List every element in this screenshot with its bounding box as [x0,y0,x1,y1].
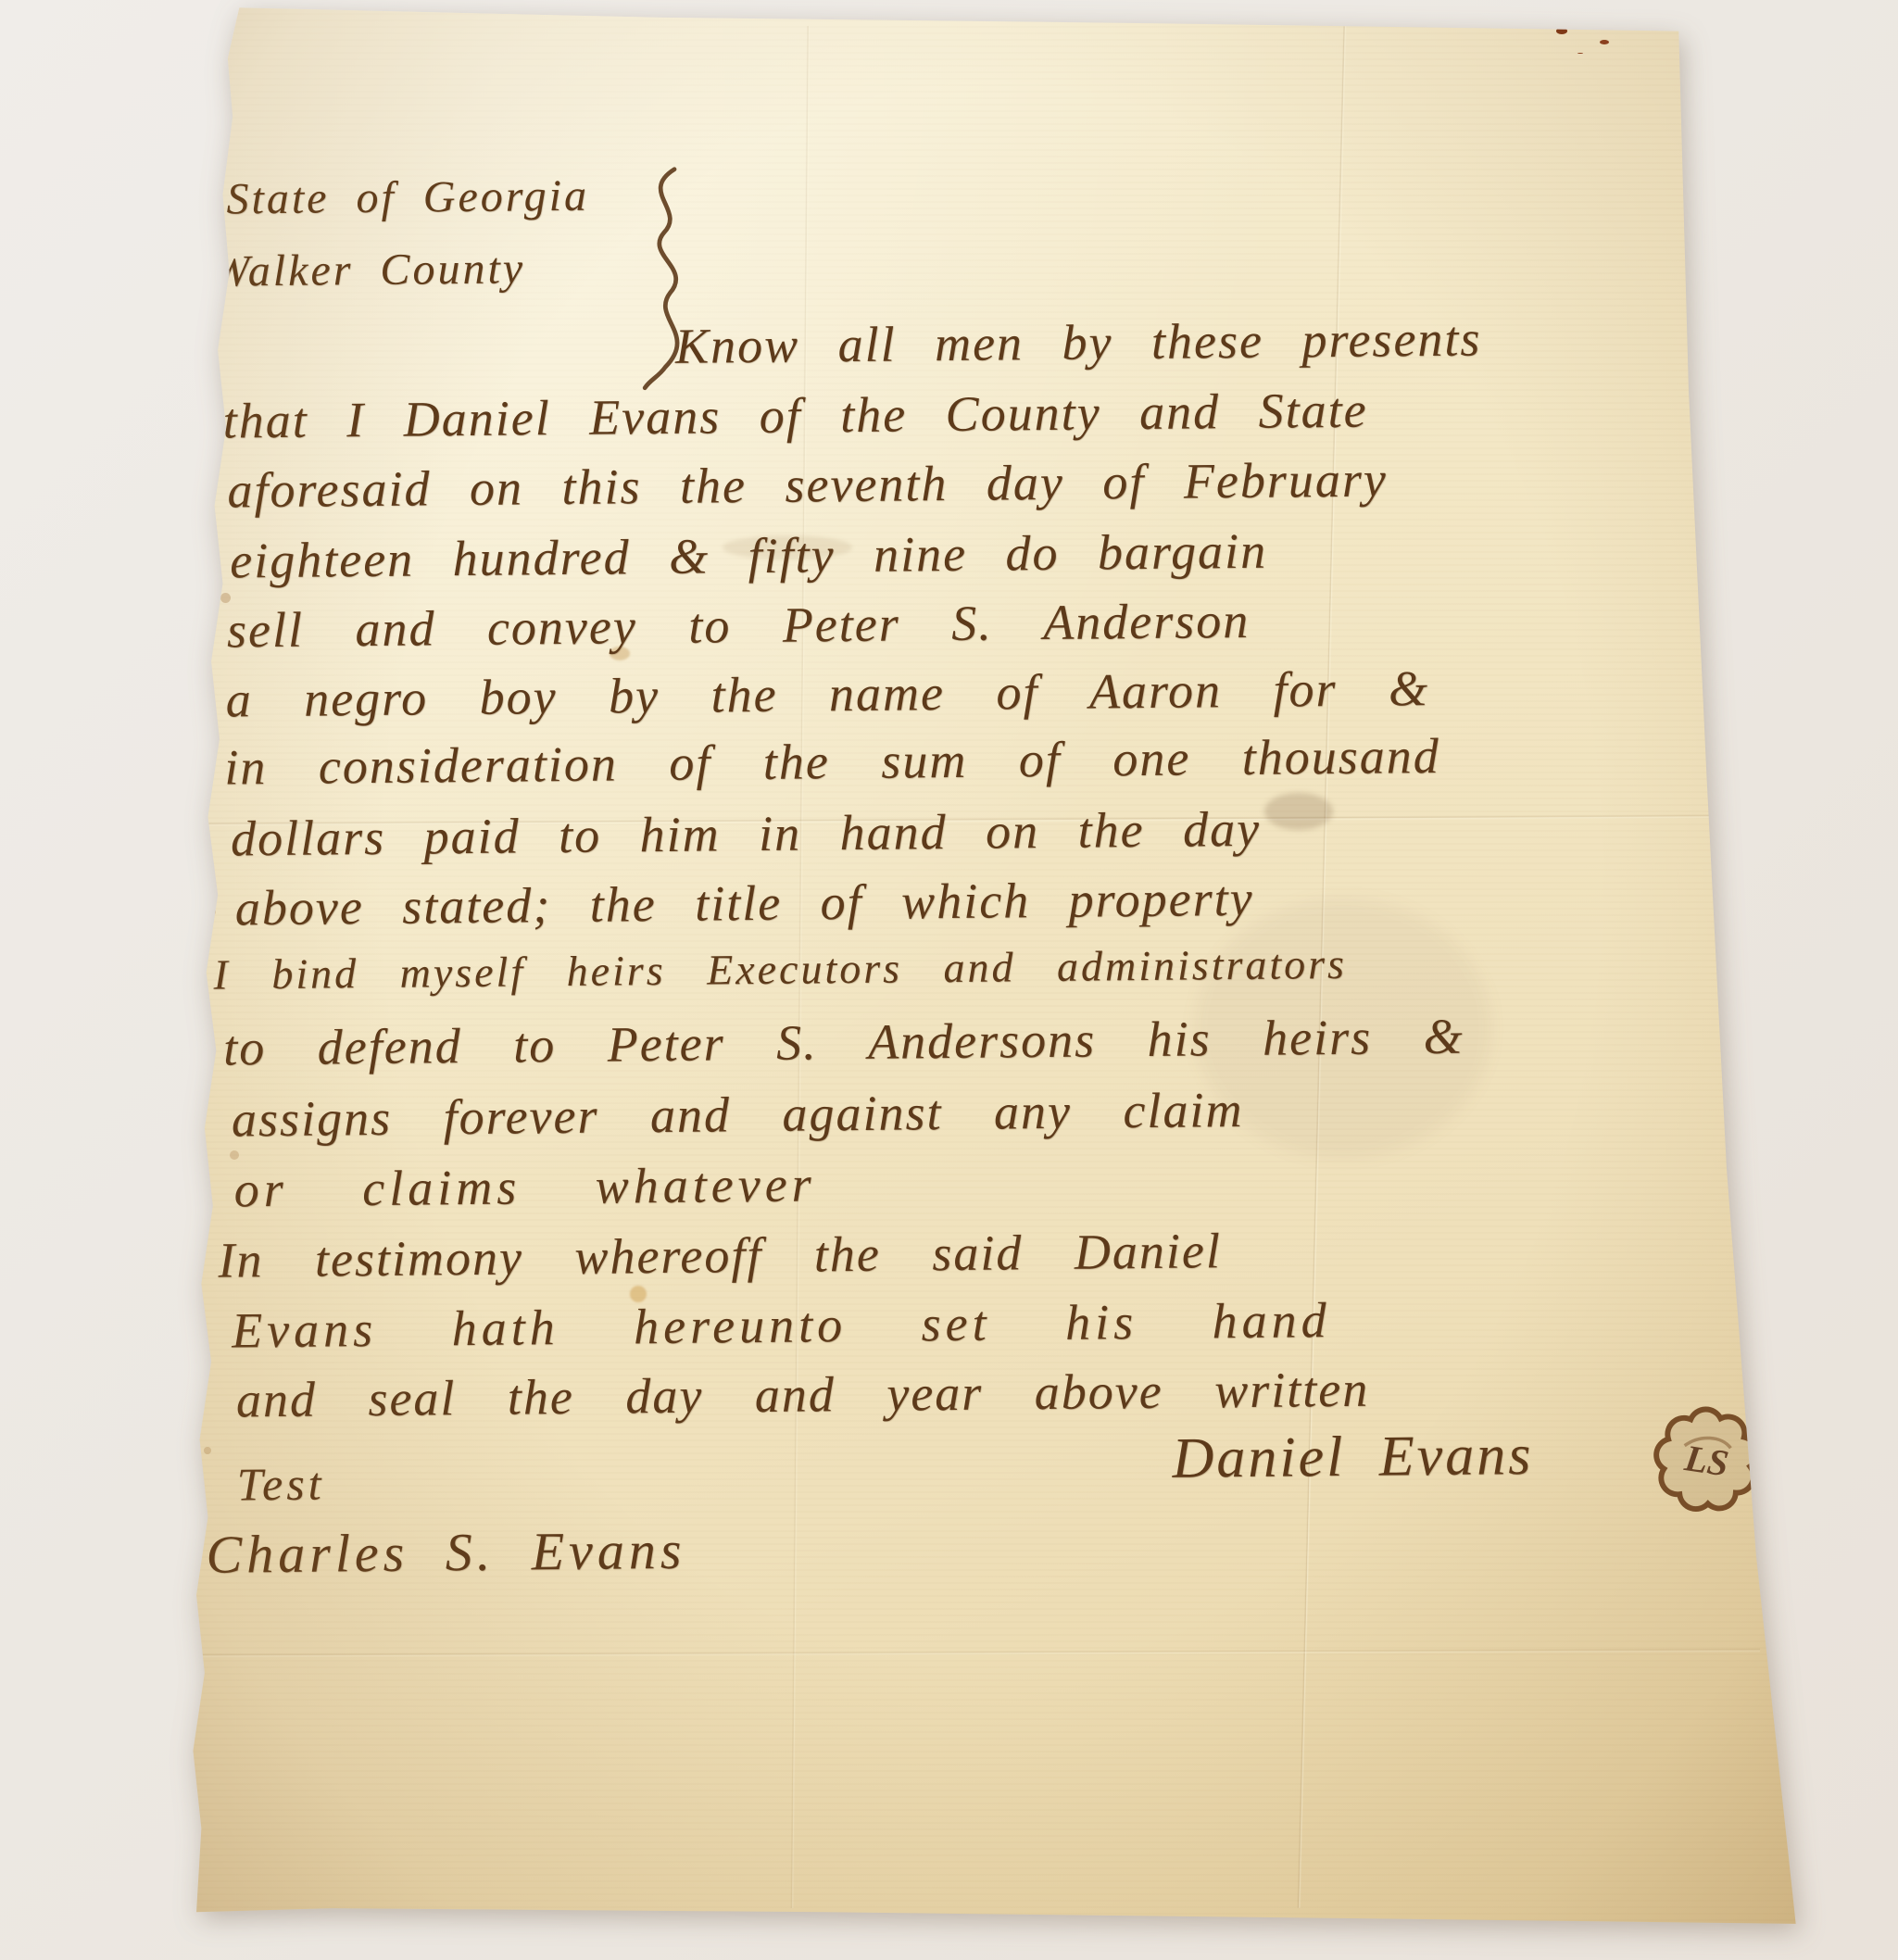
header-state-line: State of Georgia [226,173,589,223]
foxing-spot [207,908,216,916]
witness-signature-charles-evans: Charles S. Evans [206,1523,685,1584]
handwritten-line: above stated; the title of which propert… [235,873,1254,935]
document-paper: State of Georgia Walker County Know all … [167,0,1816,1945]
header-county-line: Walker County [212,245,525,295]
handwritten-line: Evans hath hereunto set his hand [232,1294,1331,1357]
handwritten-line: In testimony whereoff the said Daniel [218,1225,1222,1287]
handwritten-line: eighteen hundred & fifty nine do bargain [230,525,1267,587]
handwritten-line: a negro boy by the name of Aaron for & [225,662,1429,726]
handwritten-line: and seal the day and year above written [236,1363,1370,1426]
handwritten-line: Know all men by these presents [675,312,1482,372]
handwritten-line: I bind myself heirs Executors and admini… [213,942,1347,998]
seal-ls-label: LS [1681,1437,1731,1485]
handwriting-layer: State of Georgia Walker County Know all … [157,0,1825,1946]
paper-shadow: State of Georgia Walker County Know all … [167,0,1816,1945]
handwritten-line: assigns forever and against any claim [232,1084,1244,1146]
handwritten-line: in consideration of the sum of one thous… [224,730,1440,794]
handwritten-line: sell and convey to Peter S. Anderson [227,595,1251,657]
handwritten-line: dollars paid to him in hand on the day [231,803,1261,865]
wax-seal-icon: LS [1645,1398,1769,1522]
photo-backdrop: State of Georgia Walker County Know all … [0,0,1898,1960]
signature-daniel-evans: Daniel Evans [1172,1426,1533,1489]
handwritten-line: or claims whatever [233,1158,815,1216]
attestation-test-label: Test [237,1460,325,1509]
handwritten-line: to defend to Peter S. Andersons his heir… [223,1011,1464,1075]
handwritten-line: that I Daniel Evans of the County and St… [222,384,1367,448]
handwritten-line: aforesaid on this the seventh day of Feb… [227,453,1388,517]
